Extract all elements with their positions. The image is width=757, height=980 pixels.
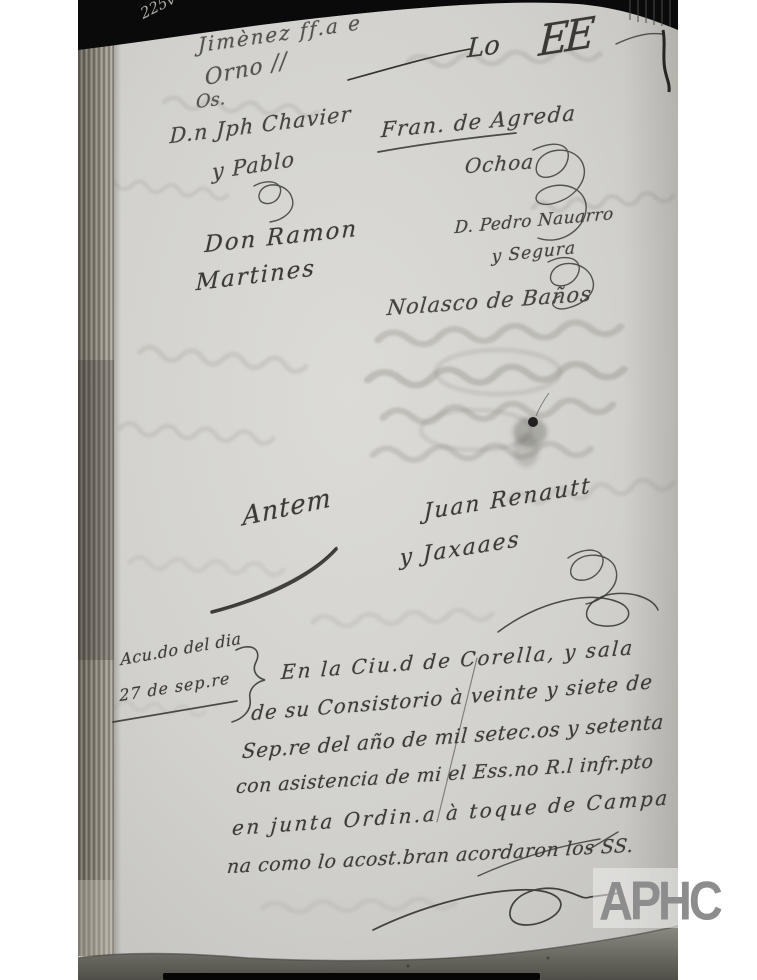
signature-agreda-line2: Ochoa [464,149,535,178]
bottom-black-strip [163,973,540,980]
signature-jimenez-line3: Os. [196,88,225,113]
book-page-edges [78,24,121,956]
paraph-flourish: EE [537,8,592,66]
paraph-word: Lo [466,30,500,64]
manuscript-photo: 225v Jimènez ff.a e Orno // Os. Lo EE D.… [0,0,757,980]
aphc-watermark: APHC [599,869,721,933]
